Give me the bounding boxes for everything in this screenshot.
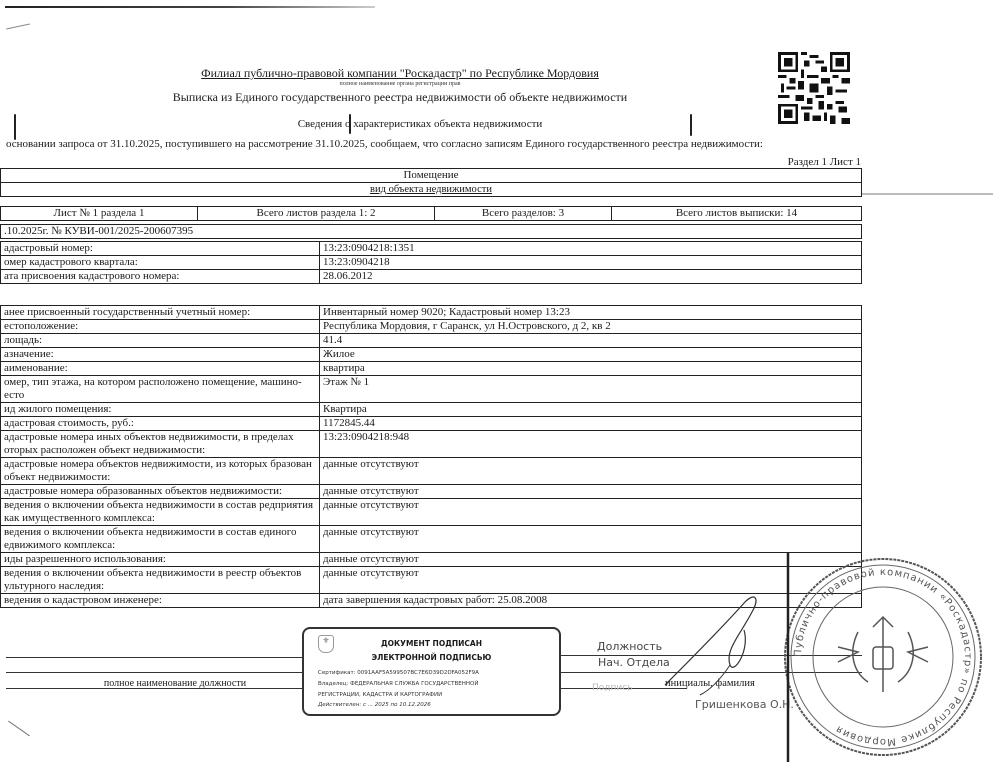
organization-caption: полное наименование органа регистрации п… <box>150 81 650 87</box>
field-value: 13:23:0904218:948 <box>320 431 862 458</box>
request-basis-text: основании запроса от 31.10.2025, поступи… <box>6 138 866 150</box>
table-row: лощадь:41.4 <box>1 334 862 348</box>
table-row: аименование:квартира <box>1 362 862 376</box>
field-label: адастровый номер: <box>1 242 320 256</box>
field-label: ведения о включении объекта недвижимости… <box>1 499 320 526</box>
scan-artifact-mark <box>6 24 30 30</box>
field-value: 28.06.2012 <box>320 270 862 284</box>
table-row: адастровая стоимость, руб.:1172845.44 <box>1 417 862 431</box>
field-label: омер кадастрового квартала: <box>1 256 320 270</box>
field-label: адастровые номера иных объектов недвижим… <box>1 431 320 458</box>
electronic-signature-stamp: ⚜ ДОКУМЕНТ ПОДПИСАН ЭЛЕКТРОННОЙ ПОДПИСЬЮ… <box>302 627 561 716</box>
table-row: естоположение:Республика Мордовия, г Сар… <box>1 320 862 334</box>
total-extract-sheets: Всего листов выписки: 14 <box>612 207 862 221</box>
handwritten-signature-icon <box>660 590 780 700</box>
registration-line-table: .10.2025г. № КУВИ-001/2025-200607395 <box>0 224 862 239</box>
table-row: омер кадастрового квартала:13:23:0904218 <box>1 256 862 270</box>
field-value: Квартира <box>320 403 862 417</box>
field-value: 41.4 <box>320 334 862 348</box>
position-label: Должность <box>597 640 662 653</box>
field-label: анее присвоенный государственный учетный… <box>1 306 320 320</box>
organization-name: Филиал публично-правовой компании "Роска… <box>150 66 650 81</box>
position-value: Нач. Отдела <box>598 656 670 669</box>
field-value: 13:23:0904218 <box>320 256 862 270</box>
scan-artifact-line <box>5 6 375 8</box>
field-value: данные отсутствуют <box>320 499 862 526</box>
table-row: ведения о включении объекта недвижимости… <box>1 499 862 526</box>
field-value: данные отсутствуют <box>320 526 862 553</box>
total-sections: Всего разделов: 3 <box>435 207 612 221</box>
field-value: данные отсутствуют <box>320 485 862 499</box>
registration-number: .10.2025г. № КУВИ-001/2025-200607395 <box>1 225 862 239</box>
field-label: адастровые номера образованных объектов … <box>1 485 320 499</box>
scan-artifact-mark <box>14 114 16 140</box>
field-label: ата присвоения кадастрового номера: <box>1 270 320 284</box>
field-label: аименование: <box>1 362 320 376</box>
table-row: ид жилого помещения:Квартира <box>1 403 862 417</box>
field-label: лощадь: <box>1 334 320 348</box>
object-kind-caption: вид объекта недвижимости <box>1 183 862 197</box>
table-row: омер, тип этажа, на котором расположено … <box>1 376 862 403</box>
eds-title: ДОКУМЕНТ ПОДПИСАН <box>304 639 559 648</box>
object-kind-value: Помещение <box>1 169 862 183</box>
eds-title-2: ЭЛЕКТРОННОЙ ПОДПИСЬЮ <box>304 653 559 662</box>
field-value: Инвентарный номер 9020; Кадастровый номе… <box>320 306 862 320</box>
table-row: ведения о включении объекта недвижимости… <box>1 526 862 553</box>
cadastral-info-table: адастровый номер:13:23:0904218:1351омер … <box>0 241 862 284</box>
document-title: Выписка из Единого государственного реес… <box>150 90 650 105</box>
table-row: азначение:Жилое <box>1 348 862 362</box>
object-kind-table: Помещение вид объекта недвижимости <box>0 168 862 197</box>
eds-owner-2: РЕГИСТРАЦИИ, КАДАСТРА И КАРТОГРАФИИ <box>318 692 442 698</box>
table-row: адастровые номера объектов недвижимости,… <box>1 458 862 485</box>
field-label: адастровая стоимость, руб.: <box>1 417 320 431</box>
signature-caption: Подпись <box>592 683 632 693</box>
field-label: ид жилого помещения: <box>1 403 320 417</box>
field-value: Республика Мордовия, г Саранск, ул Н.Ост… <box>320 320 862 334</box>
field-label: ведения о включении объекта недвижимости… <box>1 526 320 553</box>
field-value: квартира <box>320 362 862 376</box>
sheet-number: Лист № 1 раздела 1 <box>1 207 198 221</box>
table-row: адастровые номера образованных объектов … <box>1 485 862 499</box>
table-row: адастровый номер:13:23:0904218:1351 <box>1 242 862 256</box>
eds-validity: Действителен: с ... 2025 по 10.12.2026 <box>318 702 431 708</box>
position-caption: полное наименование должности <box>60 678 290 689</box>
field-value: 1172845.44 <box>320 417 862 431</box>
table-row: ата присвоения кадастрового номера:28.06… <box>1 270 862 284</box>
section-title: Сведения о характеристиках объекта недви… <box>170 118 670 130</box>
field-label: ведения о кадастровом инженере: <box>1 594 320 608</box>
field-label: омер, тип этажа, на котором расположено … <box>1 376 320 403</box>
total-section-sheets: Всего листов раздела 1: 2 <box>198 207 435 221</box>
table-row: адастровые номера иных объектов недвижим… <box>1 431 862 458</box>
field-label: естоположение: <box>1 320 320 334</box>
section-reference: Раздел 1 Лист 1 <box>788 156 861 168</box>
field-value: данные отсутствуют <box>320 458 862 485</box>
scan-artifact-mark <box>690 114 692 136</box>
field-label: ведения о включении объекта недвижимости… <box>1 567 320 594</box>
eds-certificate: Сертификат: 0091AAF5A599507BC7E6D39D2DFA… <box>318 670 479 676</box>
eds-owner: Владелец: ФЕДЕРАЛЬНАЯ СЛУЖБА ГОСУДАРСТВЕ… <box>318 681 478 687</box>
field-label: иды разрешенного использования: <box>1 553 320 567</box>
field-label: азначение: <box>1 348 320 362</box>
table-row: анее присвоенный государственный учетный… <box>1 306 862 320</box>
field-value: Этаж № 1 <box>320 376 862 403</box>
table-row: иды разрешенного использования:данные от… <box>1 553 862 567</box>
characteristics-table: анее присвоенный государственный учетный… <box>0 305 862 608</box>
sheets-info-table: Лист № 1 раздела 1 Всего листов раздела … <box>0 206 862 221</box>
round-seal-icon: Публично-правовой компании «Роскадастр» … <box>778 552 988 762</box>
field-label: адастровые номера объектов недвижимости,… <box>1 458 320 485</box>
field-value: Жилое <box>320 348 862 362</box>
qr-code-icon <box>778 52 850 124</box>
scan-artifact-mark <box>8 721 30 737</box>
field-value: 13:23:0904218:1351 <box>320 242 862 256</box>
scan-artifact-line <box>862 193 993 195</box>
